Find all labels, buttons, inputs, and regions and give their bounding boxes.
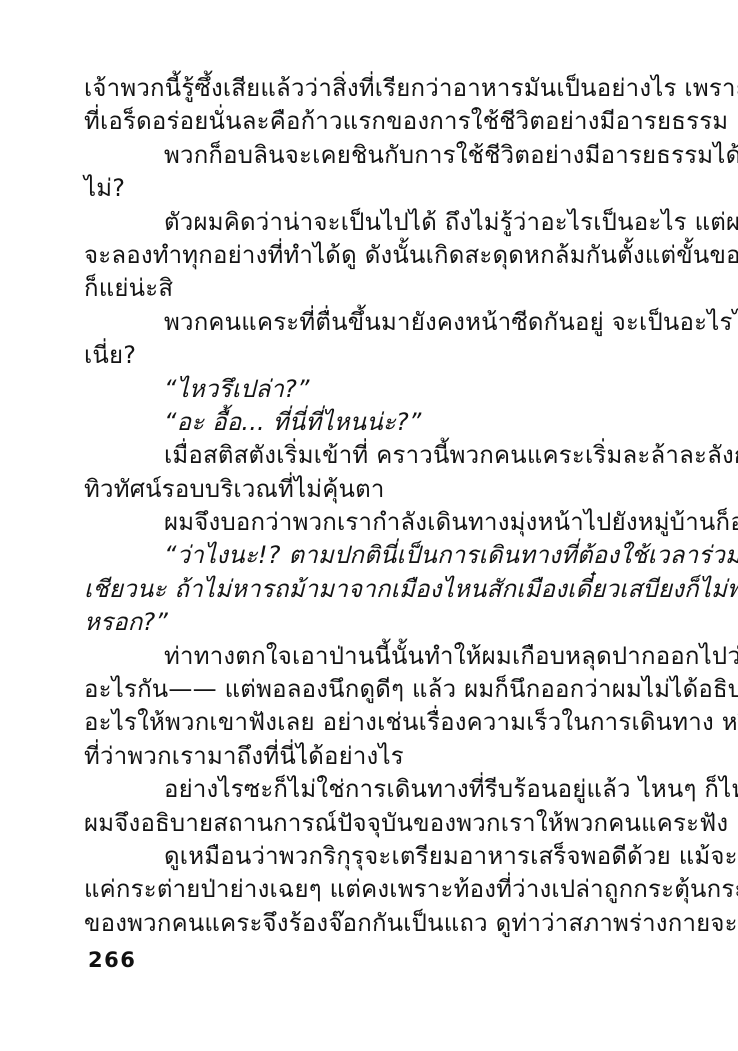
text-line: ก็แย่น่ะสิ [84, 272, 658, 305]
text-line: ผมจึงอธิบายสถานการณ์ปัจจุบันของพวกเราให้… [84, 807, 658, 840]
text-line: เนี่ย? [84, 339, 658, 372]
text-line: ตัวผมคิดว่าน่าจะเป็นไปได้ ถึงไม่รู้ว่าอะ… [84, 206, 658, 239]
text-line: เจ้าพวกนี้รู้ซึ้งเสียแล้วว่าสิ่งที่เรียก… [84, 72, 658, 105]
text-line: เชียวนะ ถ้าไม่หารถม้ามาจากเมืองไหนสักเมื… [84, 573, 658, 606]
text-line: “อะ อื้อ... ที่นี่ที่ไหนน่ะ?” [84, 406, 658, 439]
text-line: ที่เอร็ดอร่อยนั่นละคือก้าวแรกของการใช้ชี… [84, 105, 658, 138]
text-line: ท่าทางตกใจเอาป่านนี้นั้นทำให้ผมเกือบหลุด… [84, 640, 658, 673]
text-line: “ว่าไงนะ!? ตามปกตินี่เป็นการเดินทางที่ต้… [84, 539, 658, 572]
text-line: “ไหวรึเปล่า?” [84, 373, 658, 406]
text-line: อะไรให้พวกเขาฟังเลย อย่างเช่นเรื่องความเ… [84, 706, 658, 739]
text-line: อย่างไรซะก็ไม่ใช่การเดินทางที่รีบร้อนอยู… [84, 773, 658, 806]
page-number: 266 [88, 948, 136, 972]
text-line: พวกก็อบลินจะเคยชินกับการใช้ชีวิตอย่างมีอ… [84, 139, 658, 172]
text-line: ทิวทัศน์รอบบริเวณที่ไม่คุ้นตา [84, 473, 658, 506]
text-line: จะลองทำทุกอย่างที่ทำได้ดู ดังนั้นเกิดสะด… [84, 239, 658, 272]
book-page: เจ้าพวกนี้รู้ซึ้งเสียแล้วว่าสิ่งที่เรียก… [0, 0, 738, 1051]
text-line: ดูเหมือนว่าพวกริกุรุจะเตรียมอาหารเสร็จพอ… [84, 840, 658, 873]
text-line: ผมจึงบอกว่าพวกเรากำลังเดินทางมุ่งหน้าไปย… [84, 506, 658, 539]
text-line: ของพวกคนแคระจึงร้องจ๊อกกันเป็นแถว ดูท่าว… [84, 907, 658, 940]
text-line: พวกคนแคระที่ตื่นขึ้นมายังคงหน้าซีดกันอยู… [84, 306, 658, 339]
text-line: แค่กระต่ายป่าย่างเฉยๆ แต่คงเพราะท้องที่ว… [84, 873, 658, 906]
text-line: ไม่? [84, 172, 658, 205]
text-line: หรอก?” [84, 606, 658, 639]
text-lines: เจ้าพวกนี้รู้ซึ้งเสียแล้วว่าสิ่งที่เรียก… [84, 72, 658, 940]
text-line: ที่ว่าพวกเรามาถึงที่นี่ได้อย่างไร [84, 740, 658, 773]
text-line: เมื่อสติสตังเริ่มเข้าที่ คราวนี้พวกคนแคร… [84, 439, 658, 472]
text-line: อะไรกัน—— แต่พอลองนึกดูดีๆ แล้ว ผมก็นึกอ… [84, 673, 658, 706]
